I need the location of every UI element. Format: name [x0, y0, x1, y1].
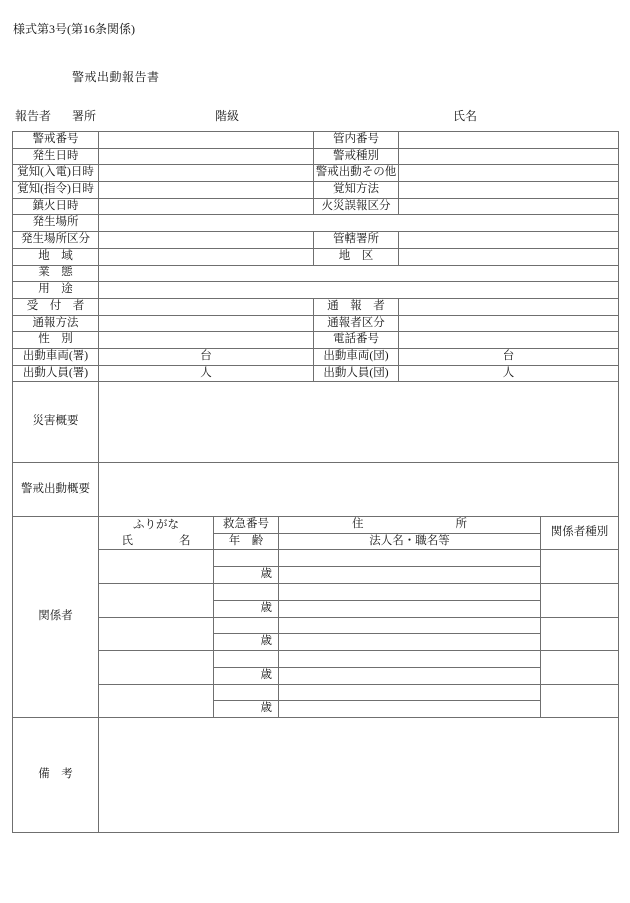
- field-value: [99, 248, 314, 265]
- reporter-name-label: 氏名: [453, 107, 477, 124]
- field-label: 地 域: [13, 248, 99, 265]
- unit-personnel: 人: [99, 365, 314, 382]
- person-emergency-cell: [214, 550, 279, 567]
- field-value: [99, 265, 619, 282]
- reporter-rank-label: 階級: [215, 107, 239, 124]
- field-value: [399, 232, 619, 249]
- person-age-cell: 歳: [214, 701, 279, 718]
- field-label: 出動車両(署): [13, 348, 99, 365]
- person-name-cell: [99, 684, 214, 718]
- report-form-table: 警戒番号 管内番号 発生日時 警戒種別 覚知(入電)日時 警戒出動その他 覚知(…: [12, 131, 619, 833]
- patrol-summary-label: 警戒出動概要: [13, 463, 99, 517]
- person-type-cell: [541, 651, 619, 685]
- field-label: 通 報 者: [314, 298, 399, 315]
- persons-header-emergency-no: 救急番号: [214, 517, 279, 534]
- field-label: 通報者区分: [314, 315, 399, 332]
- person-corporate-cell: [279, 667, 541, 684]
- field-value: [99, 182, 314, 199]
- field-value: [99, 215, 619, 232]
- person-type-cell: [541, 617, 619, 651]
- field-value: [99, 332, 314, 349]
- person-emergency-cell: [214, 617, 279, 634]
- unit-personnel: 人: [399, 365, 619, 382]
- field-label: 発生日時: [13, 148, 99, 165]
- person-age-cell: 歳: [214, 634, 279, 651]
- person-address-cell: [279, 583, 541, 600]
- field-label: 警戒出動その他: [314, 165, 399, 182]
- field-label: 出動人員(署): [13, 365, 99, 382]
- disaster-summary-field: [99, 382, 619, 463]
- field-label: 管内番号: [314, 132, 399, 149]
- reporter-station-label: 署所: [72, 107, 96, 124]
- field-value: [399, 332, 619, 349]
- person-corporate-cell: [279, 600, 541, 617]
- field-label: 覚知方法: [314, 182, 399, 199]
- field-label: 地 区: [314, 248, 399, 265]
- person-name-cell: [99, 583, 214, 617]
- field-label: 警戒番号: [13, 132, 99, 149]
- person-address-cell: [279, 617, 541, 634]
- field-label: 発生場所区分: [13, 232, 99, 249]
- persons-header-corporate: 法人名・職名等: [279, 533, 541, 550]
- person-emergency-cell: [214, 583, 279, 600]
- field-label: 覚知(入電)日時: [13, 165, 99, 182]
- field-value: [99, 315, 314, 332]
- person-emergency-cell: [214, 684, 279, 701]
- persons-header-name: ふりがな 氏 名: [99, 517, 214, 550]
- field-label: 発生場所: [13, 215, 99, 232]
- remarks-field: [99, 718, 619, 833]
- field-value: [399, 298, 619, 315]
- field-value: [99, 232, 314, 249]
- person-corporate-cell: [279, 701, 541, 718]
- field-value: [99, 165, 314, 182]
- field-value: [399, 148, 619, 165]
- field-value: [399, 198, 619, 215]
- field-label: 出動人員(団): [314, 365, 399, 382]
- remarks-label: 備 考: [13, 718, 99, 833]
- field-label: 用 途: [13, 282, 99, 299]
- field-value: [99, 148, 314, 165]
- field-label: 出動車両(団): [314, 348, 399, 365]
- field-value: [399, 248, 619, 265]
- field-value: [399, 315, 619, 332]
- person-age-cell: 歳: [214, 567, 279, 584]
- field-value: [99, 198, 314, 215]
- person-address-cell: [279, 684, 541, 701]
- field-value: [399, 165, 619, 182]
- reporter-label: 報告者: [15, 107, 51, 124]
- patrol-summary-field: [99, 463, 619, 517]
- unit-vehicles: 台: [399, 348, 619, 365]
- person-address-cell: [279, 550, 541, 567]
- persons-header-relation-type: 関係者種別: [541, 517, 619, 550]
- field-label: 性 別: [13, 332, 99, 349]
- person-type-cell: [541, 684, 619, 718]
- person-emergency-cell: [214, 651, 279, 668]
- field-value: [399, 182, 619, 199]
- field-label: 受 付 者: [13, 298, 99, 315]
- person-address-cell: [279, 651, 541, 668]
- person-type-cell: [541, 583, 619, 617]
- field-label: 通報方法: [13, 315, 99, 332]
- field-label: 火災誤報区分: [314, 198, 399, 215]
- person-age-cell: 歳: [214, 667, 279, 684]
- field-label: 警戒種別: [314, 148, 399, 165]
- person-name-cell: [99, 550, 214, 584]
- disaster-summary-label: 災害概要: [13, 382, 99, 463]
- field-label: 管轄署所: [314, 232, 399, 249]
- field-label: 覚知(指令)日時: [13, 182, 99, 199]
- field-value: [99, 282, 619, 299]
- form-document-page: 様式第3号(第16条関係) 警戒出動報告書 報告者 署所 階級 氏名 警戒番号 …: [0, 0, 630, 903]
- field-label: 鎮火日時: [13, 198, 99, 215]
- person-name-cell: [99, 617, 214, 651]
- person-type-cell: [541, 550, 619, 584]
- person-corporate-cell: [279, 634, 541, 651]
- persons-header-age: 年 齢: [214, 533, 279, 550]
- field-value: [99, 132, 314, 149]
- page-title: 警戒出動報告書: [72, 68, 160, 85]
- unit-vehicles: 台: [99, 348, 314, 365]
- field-value: [399, 132, 619, 149]
- field-label: 業 態: [13, 265, 99, 282]
- form-number: 様式第3号(第16条関係): [13, 20, 135, 37]
- person-name-cell: [99, 651, 214, 685]
- person-age-cell: 歳: [214, 600, 279, 617]
- persons-section-label: 関係者: [13, 517, 99, 718]
- person-corporate-cell: [279, 567, 541, 584]
- persons-header-address: 住 所: [279, 517, 541, 534]
- field-value: [99, 298, 314, 315]
- field-label: 電話番号: [314, 332, 399, 349]
